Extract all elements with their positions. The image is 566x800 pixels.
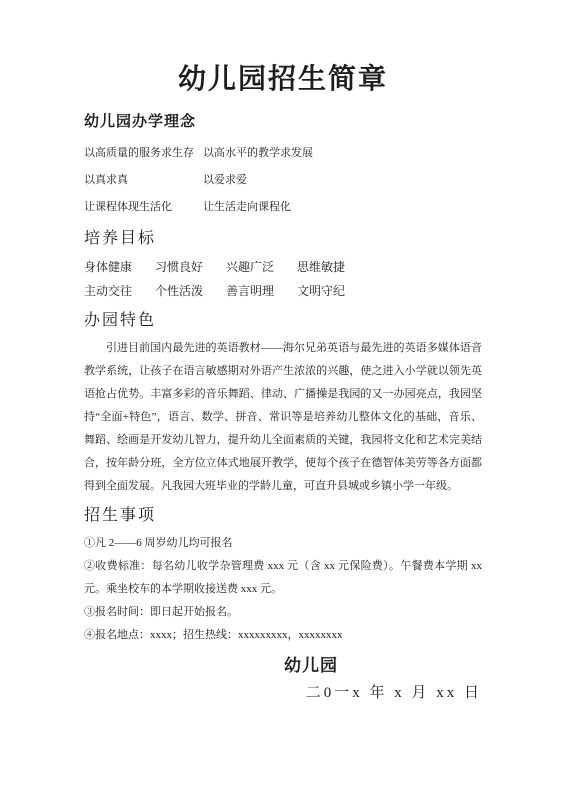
signature-org: 幼儿园 [112,655,510,677]
goal-item: 主动交往 [84,279,132,303]
section-heading-goals: 培养目标 [84,229,482,249]
philosophy-item-right: 让生活走向课程化 [203,194,482,221]
enrollment-item: ③报名时间：即日起开始报名。 [84,601,482,624]
features-paragraph: 引进目前国内最先进的英语教材——海尔兄弟英语与最先进的英语多媒体语音教学系统，让… [84,337,482,498]
goals-list: 身体健康 习惯良好 兴趣广泛 思维敏捷 主动交往 个性活泼 善言明理 文明守纪 [84,255,482,303]
goal-item: 文明守纪 [297,279,345,303]
page-title: 幼儿园招生简章 [84,62,482,97]
philosophy-row: 以真求真 以爱求爱 [84,167,482,194]
philosophy-list: 以高质量的服务求生存 以高水平的教学求发展 以真求真 以爱求爱 让课程体现生活化… [84,140,482,221]
goal-item: 个性活泼 [155,279,203,303]
goal-item: 兴趣广泛 [226,255,274,279]
philosophy-item-right: 以爱求爱 [203,167,482,194]
goals-row: 主动交往 个性活泼 善言明理 文明守纪 [84,279,482,303]
enrollment-item: ④报名地点：xxxx；招生热线：xxxxxxxxx，xxxxxxxx [84,624,482,647]
signature-date: 二0一x 年 x 月 xx 日 [84,684,482,704]
enrollment-list: ①凡 2——6 周岁幼儿均可报名 ②收费标准：每名幼儿收学杂管理费 xxx 元（… [84,532,482,647]
philosophy-item-left: 让课程体现生活化 [84,194,203,221]
goal-item: 身体健康 [84,255,132,279]
enrollment-item: ②收费标准：每名幼儿收学杂管理费 xxx 元（含 xx 元保险费）。午餐费本学期… [84,555,482,601]
section-heading-philosophy: 幼儿园办学理念 [84,113,482,132]
philosophy-item-right: 以高水平的教学求发展 [203,140,482,167]
goals-row: 身体健康 习惯良好 兴趣广泛 思维敏捷 [84,255,482,279]
goal-item: 习惯良好 [155,255,203,279]
philosophy-item-left: 以真求真 [84,167,203,194]
section-heading-features: 办园特色 [84,311,482,331]
philosophy-row: 以高质量的服务求生存 以高水平的教学求发展 [84,140,482,167]
enrollment-item: ①凡 2——6 周岁幼儿均可报名 [84,532,482,555]
goal-item: 善言明理 [226,279,274,303]
philosophy-row: 让课程体现生活化 让生活走向课程化 [84,194,482,221]
document-page: 幼儿园招生简章 幼儿园办学理念 以高质量的服务求生存 以高水平的教学求发展 以真… [0,0,566,800]
goal-item: 思维敏捷 [297,255,345,279]
philosophy-item-left: 以高质量的服务求生存 [84,140,203,167]
section-heading-enrollment: 招生事项 [84,506,482,526]
